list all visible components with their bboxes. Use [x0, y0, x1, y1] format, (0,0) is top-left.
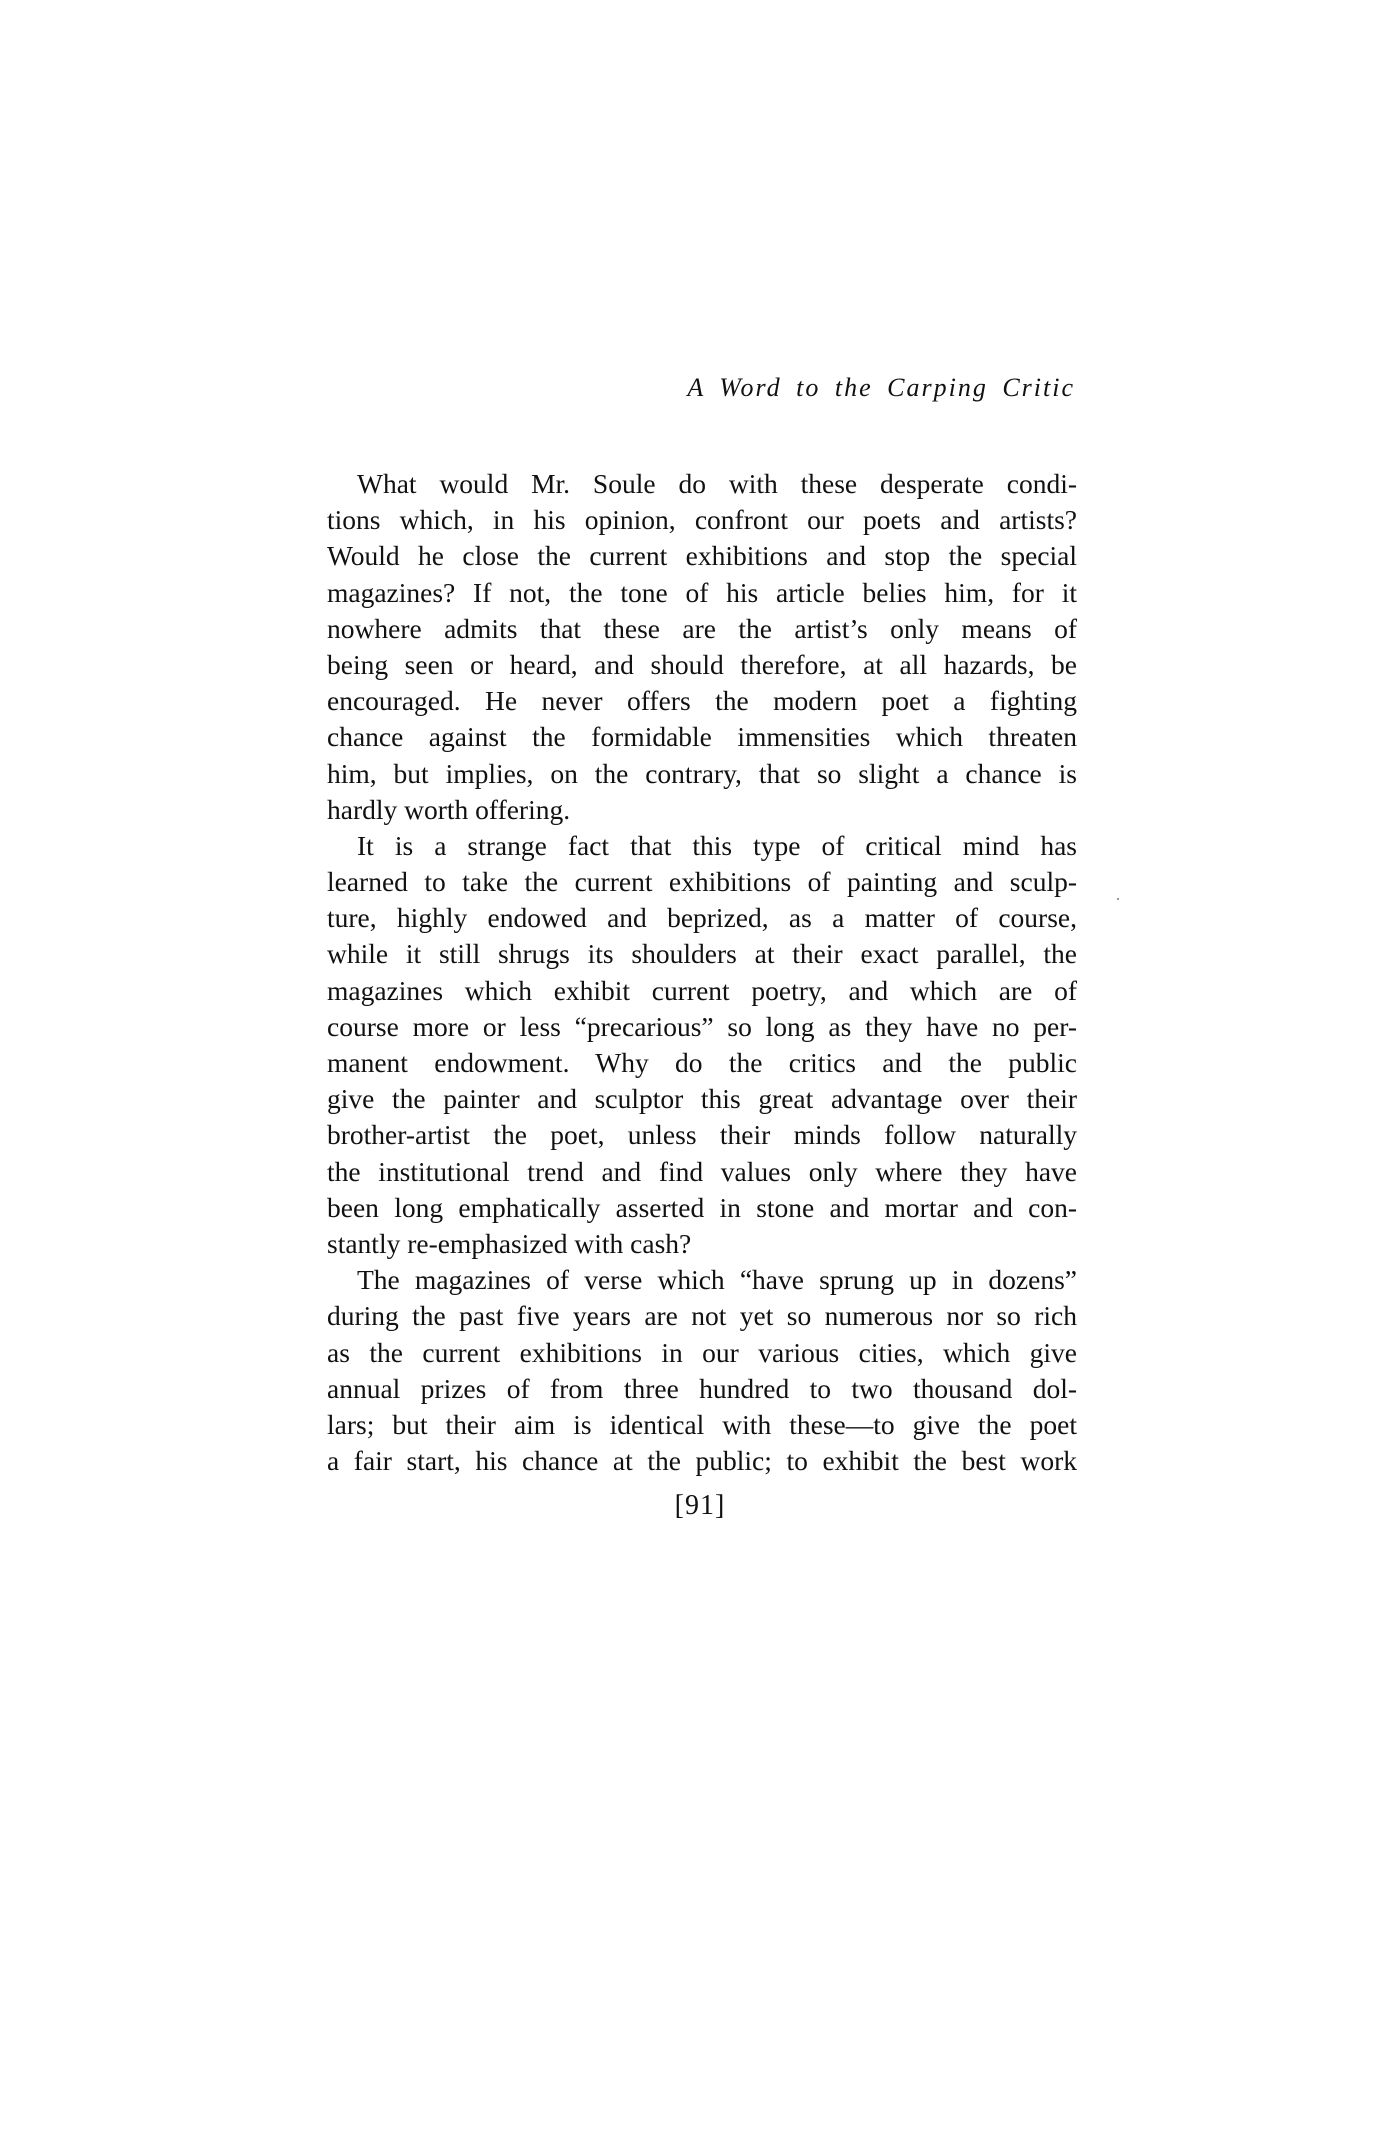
scan-speck	[1117, 898, 1119, 900]
text-line: course more or less “precarious” so long…	[327, 1009, 1077, 1045]
text-line: been long emphatically asserted in stone…	[327, 1190, 1077, 1226]
text-line: the institutional trend and find values …	[327, 1154, 1077, 1190]
text-line: ture, highly endowed and beprized, as a …	[327, 900, 1077, 936]
text-line: him, but implies, on the contrary, that …	[327, 756, 1077, 792]
text-line: chance against the formidable immensitie…	[327, 719, 1077, 755]
text-line: learned to take the current exhibitions …	[327, 864, 1077, 900]
body-text: What would Mr. Soule do with these despe…	[327, 466, 1077, 1479]
text-line: nowhere admits that these are the artist…	[327, 611, 1077, 647]
text-line: It is a strange fact that this type of c…	[327, 828, 1077, 864]
text-line: encouraged. He never offers the modern p…	[327, 683, 1077, 719]
text-line: magazines? If not, the tone of his artic…	[327, 575, 1077, 611]
text-line: annual prizes of from three hundred to t…	[327, 1371, 1077, 1407]
text-line: as the current exhibitions in our variou…	[327, 1335, 1077, 1371]
text-line: a fair start, his chance at the public; …	[327, 1443, 1077, 1479]
text-line: during the past five years are not yet s…	[327, 1298, 1077, 1334]
text-line: hardly worth offering.	[327, 792, 1077, 828]
running-head: A Word to the Carping Critic	[327, 370, 1077, 406]
text-line: brother-artist the poet, unless their mi…	[327, 1117, 1077, 1153]
text-line: manent endowment. Why do the critics and…	[327, 1045, 1077, 1081]
page-number: [91]	[0, 1490, 1400, 1522]
text-line: The magazines of verse which “have sprun…	[327, 1262, 1077, 1298]
book-page: A Word to the Carping Critic What would …	[327, 370, 1077, 1479]
text-line: while it still shrugs its shoulders at t…	[327, 936, 1077, 972]
text-line: being seen or heard, and should therefor…	[327, 647, 1077, 683]
paragraph-2: It is a strange fact that this type of c…	[327, 828, 1077, 1262]
text-line: lars; but their aim is identical with th…	[327, 1407, 1077, 1443]
paragraph-1: What would Mr. Soule do with these despe…	[327, 466, 1077, 828]
text-line: magazines which exhibit current poetry, …	[327, 973, 1077, 1009]
text-line: tions which, in his opinion, confront ou…	[327, 502, 1077, 538]
text-line: What would Mr. Soule do with these despe…	[327, 466, 1077, 502]
text-line: give the painter and sculptor this great…	[327, 1081, 1077, 1117]
paragraph-3: The magazines of verse which “have sprun…	[327, 1262, 1077, 1479]
text-line: Would he close the current exhibitions a…	[327, 538, 1077, 574]
text-line: stantly re-emphasized with cash?	[327, 1226, 1077, 1262]
